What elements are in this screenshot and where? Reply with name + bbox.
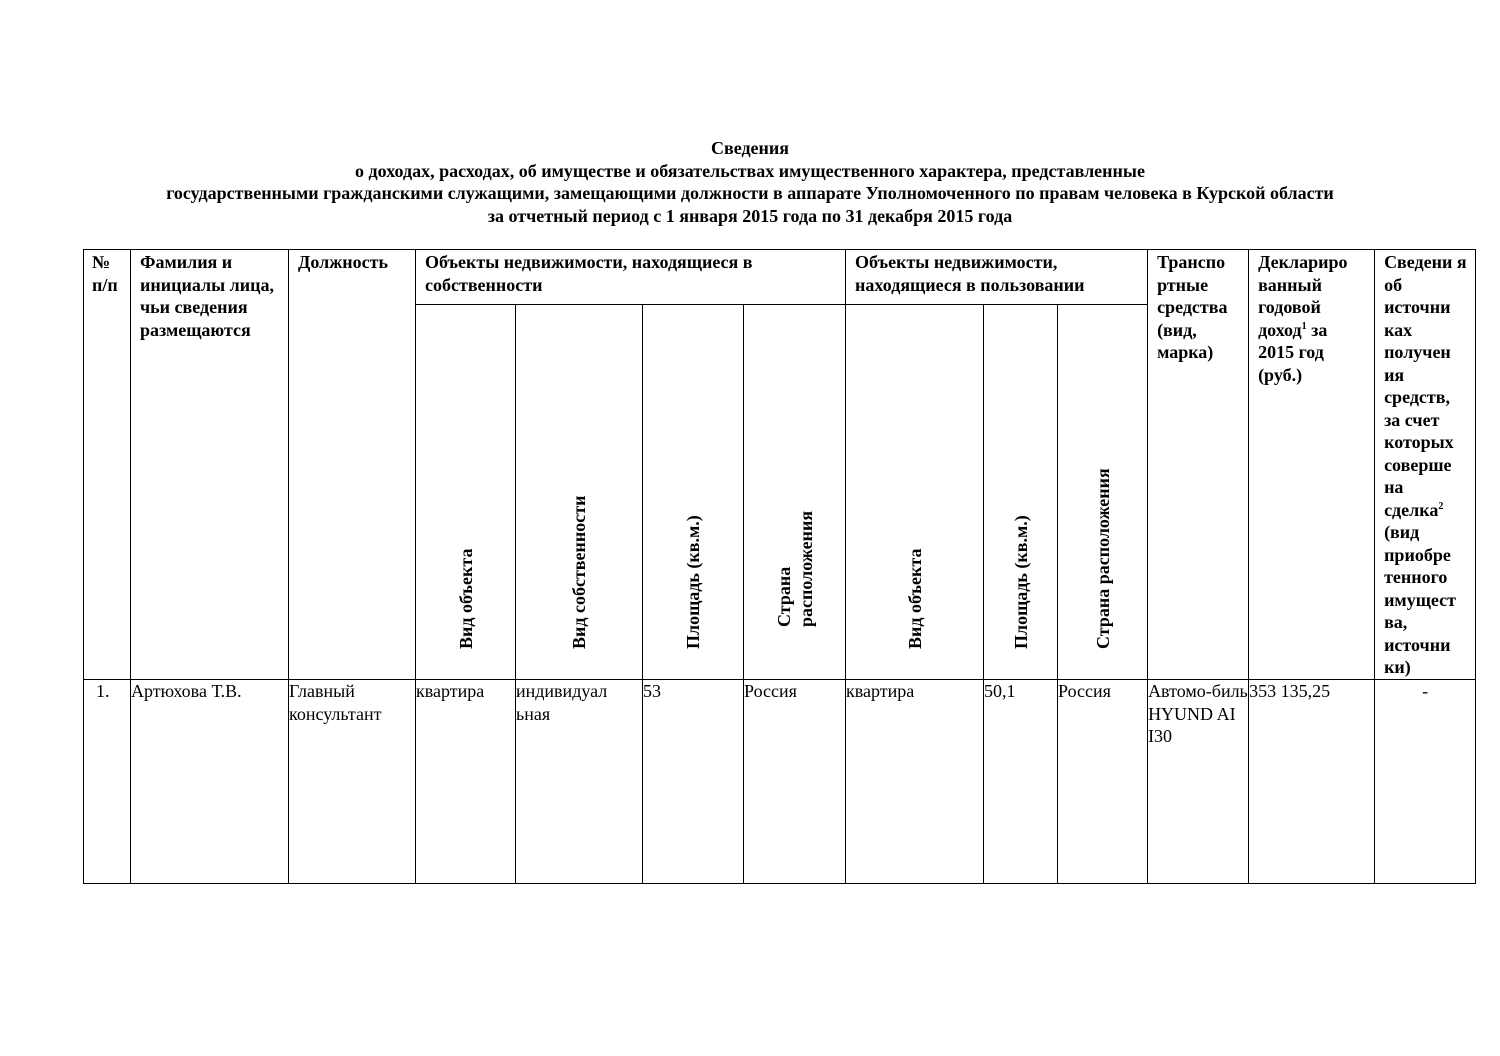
header-sources-text-2: (вид приобре тенного имущест ва, источни… xyxy=(1384,522,1456,677)
header-used-area: Площадь (кв.м.) xyxy=(984,305,1058,680)
header-owned-country-label: Странарасположения xyxy=(773,511,817,627)
cell-position: Главный консультант xyxy=(289,680,416,884)
title-line-3: государственными гражданскими служащими,… xyxy=(0,182,1500,205)
header-owned-country-line-2: расположения xyxy=(796,511,816,627)
header-owned-type: Вид объекта xyxy=(416,305,516,680)
cell-used-type: квартира xyxy=(846,680,984,884)
title-line-1: Сведения xyxy=(0,137,1500,160)
cell-name: Артюхова Т.В. xyxy=(131,680,289,884)
header-used-country-label: Страна расположения xyxy=(1092,468,1114,649)
cell-owned-country: Россия xyxy=(744,680,846,884)
header-transport: Транспо ртные средства (вид, марка) xyxy=(1148,250,1249,680)
header-income: Деклариро ванный годовой доход1 за 2015 … xyxy=(1249,250,1375,680)
title-line-4: за отчетный период с 1 января 2015 года … xyxy=(0,205,1500,228)
document-title: Сведения о доходах, расходах, об имущест… xyxy=(0,137,1500,228)
header-used-country: Страна расположения xyxy=(1058,305,1148,680)
cell-used-area: 50,1 xyxy=(984,680,1058,884)
header-owned-area: Площадь (кв.м.) xyxy=(643,305,744,680)
cell-sources: - xyxy=(1375,680,1476,884)
declaration-table: № п/п Фамилия и инициалы лица, чьи сведе… xyxy=(83,249,1476,884)
header-owned-ownership: Вид собственности xyxy=(516,305,643,680)
header-owned-country-line-1: Страна xyxy=(774,567,794,627)
cell-transport: Автомо-биль HYUND AI I30 xyxy=(1148,680,1249,884)
header-used-group: Объекты недвижимости, находящиеся в поль… xyxy=(846,250,1148,305)
footnote-2-marker: 2 xyxy=(1438,501,1443,512)
cell-owned-type: квартира xyxy=(416,680,516,884)
header-owned-type-label: Вид объекта xyxy=(455,549,477,649)
table-row: 1. Артюхова Т.В. Главный консультант ква… xyxy=(84,680,1476,884)
header-sources: Сведени я об источни ках получен ия сред… xyxy=(1375,250,1476,680)
cell-income: 353 135,25 xyxy=(1249,680,1375,884)
cell-owned-area: 53 xyxy=(643,680,744,884)
cell-owned-ownership: индивидуал ьная xyxy=(516,680,643,884)
header-used-area-label: Площадь (кв.м.) xyxy=(1010,515,1032,649)
header-num: № п/п xyxy=(84,250,131,680)
title-line-2: о доходах, расходах, об имуществе и обяз… xyxy=(0,160,1500,183)
header-position: Должность xyxy=(289,250,416,680)
header-owned-group: Объекты недвижимости, находящиеся в собс… xyxy=(416,250,846,305)
header-owned-country: Странарасположения xyxy=(744,305,846,680)
header-name: Фамилия и инициалы лица, чьи сведения ра… xyxy=(131,250,289,680)
header-owned-area-label: Площадь (кв.м.) xyxy=(682,515,704,649)
cell-used-country: Россия xyxy=(1058,680,1148,884)
header-used-type-label: Вид объекта xyxy=(904,549,926,649)
header-owned-ownership-label: Вид собственности xyxy=(568,496,590,649)
cell-num: 1. xyxy=(84,680,131,884)
header-sources-text: Сведени я об источни ках получен ия сред… xyxy=(1384,252,1467,520)
header-used-type: Вид объекта xyxy=(846,305,984,680)
